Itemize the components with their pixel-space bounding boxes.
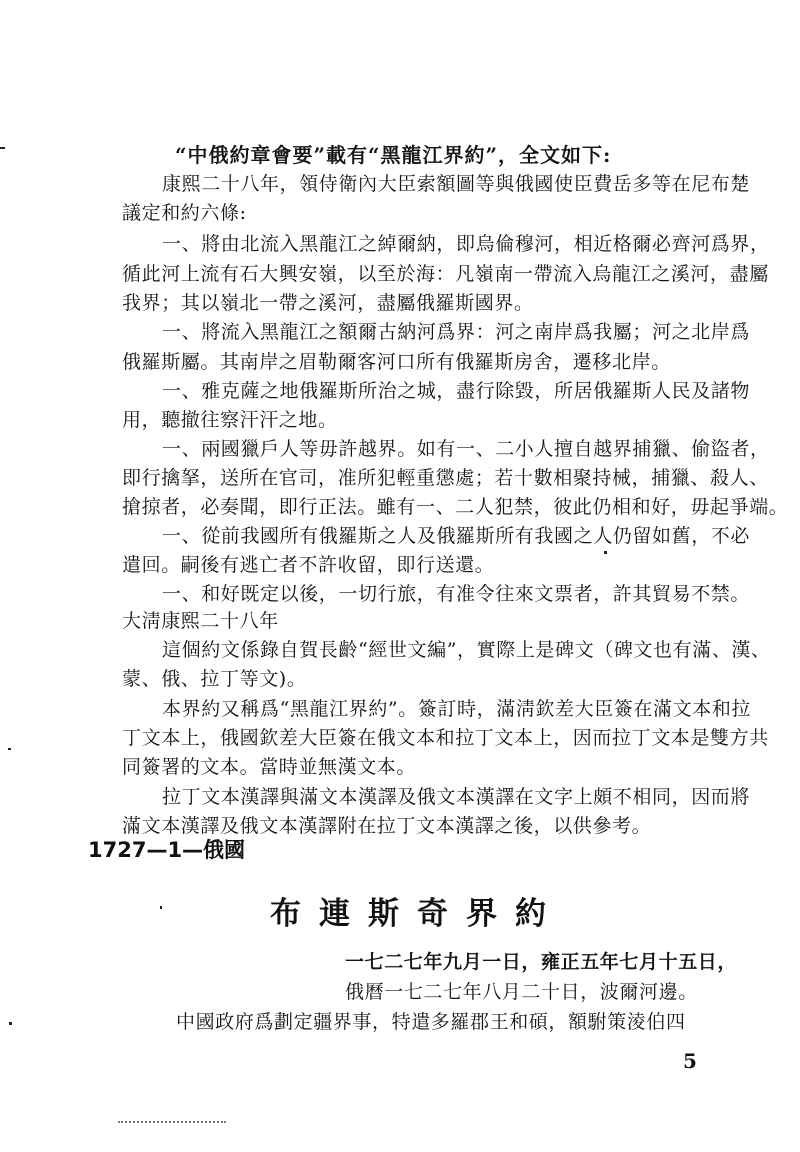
intro-heading: “中俄約章會要”載有“黑龍江界約”，全文如下:: [175, 143, 611, 167]
article-1-line: 一、將由北流入黑龍江之綽爾納，即烏倫穆河，相近格爾必齊河爲界，: [162, 232, 770, 256]
article-4-line: 搶掠者，必奏聞，即行正法。雖有一、二人犯禁，彼此仍相和好，毋起爭端。: [122, 495, 788, 519]
article-5-line: 一、從前我國所有俄羅斯之人及俄羅斯所有我國之人仍留如舊，不必: [162, 524, 750, 548]
margin-mark: [160, 906, 162, 909]
article-1-line: 我界；其以嶺北一帶之溪河，盡屬俄羅斯國界。: [122, 291, 534, 315]
treaty-title: 布連斯奇界約: [270, 888, 564, 933]
note-1-line: 這個約文係錄自賀長齡“經世文編”，實際上是碑文（碑文也有滿、漢、: [162, 638, 771, 662]
note-2-line: 丁文本上，俄國欽差大臣簽在俄文本和拉丁文本上，因而拉丁文本是雙方共: [122, 726, 769, 750]
note-1-line: 蒙、俄、拉丁等文)。: [122, 667, 306, 691]
article-1-line: 循此河上流有石大興安嶺，以至於海：凡嶺南一帶流入烏龍江之溪河，盡屬: [122, 262, 769, 286]
treaty-opening-line: 中國政府爲劃定疆界事，特遣多羅郡王和碩，額駙策淩伯四: [176, 1010, 686, 1034]
footer-scan-artifact: [118, 1121, 226, 1125]
dateline: 大淸康熙二十八年: [122, 609, 279, 633]
margin-mark: [8, 748, 11, 750]
article-6-line: 一、和好既定以後，一切行旅，有准令往來文票者，許其貿易不禁。: [162, 582, 750, 606]
margin-mark: [604, 551, 607, 554]
article-2-line: 俄羅斯屬。其南岸之眉勒爾客河口所有俄羅斯房舍，遷移北岸。: [122, 350, 671, 374]
article-2-line: 一、將流入黑龍江之額爾古納河爲界：河之南岸爲我屬；河之北岸爲: [162, 320, 750, 344]
margin-mark: [9, 1022, 12, 1025]
preamble-line: 康熙二十八年，領侍衛內大臣索額圖等與俄國使臣費岳多等在尼布楚: [162, 172, 750, 196]
article-3-line: 用，聽撤往察汗汗之地。: [122, 408, 338, 432]
margin-mark: [0, 147, 5, 149]
preamble-line: 議定和約六條:: [122, 201, 247, 225]
treaty-date-line: 一七二七年九月一日，雍正五年七月十五日，: [345, 950, 737, 974]
article-3-line: 一、雅克薩之地俄羅斯所治之城，盡行除毀，所居俄羅斯人民及諸物: [162, 379, 750, 403]
note-3-line: 拉丁文本漢譯與滿文本漢譯及俄文本漢譯在文字上頗不相同，因而將: [162, 785, 750, 809]
scanned-book-page: “中俄約章會要”載有“黑龍江界約”，全文如下: 康熙二十八年，領侍衛內大臣索額圖…: [0, 0, 800, 1152]
article-5-line: 遣回。嗣後有逃亡者不許收留，即行送還。: [122, 553, 494, 577]
note-2-line: 同簽署的文本。當時並無漢文本。: [122, 755, 416, 779]
treaty-date-line: 俄曆一七二七年八月二十日，波爾河邊。: [345, 980, 698, 1004]
note-2-line: 本界約又稱爲“黑龍江界約”。簽訂時，滿淸欽差大臣簽在滿文本和拉: [162, 697, 751, 721]
article-4-line: 一、兩國獵戶人等毋許越界。如有一、二小人擅自越界捕獵、偷盜者，: [162, 437, 770, 461]
section-code: 1727—1—俄國: [88, 834, 245, 864]
article-4-line: 即行擒拏，送所在官司，准所犯輕重懲處；若十數相聚持械，捕獵、殺人、: [122, 466, 769, 490]
page-number: 5: [683, 1049, 697, 1073]
